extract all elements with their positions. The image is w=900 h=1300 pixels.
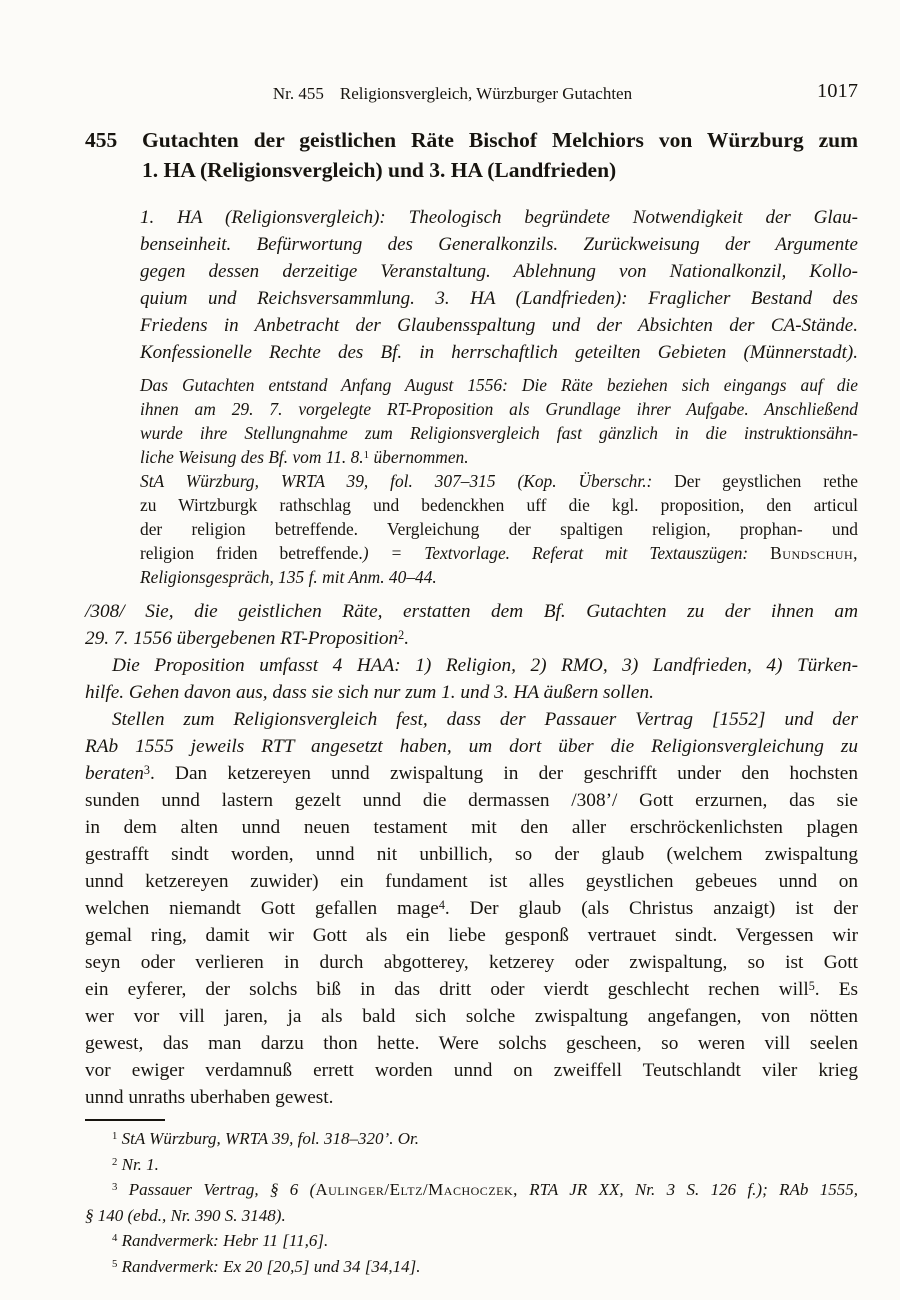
footnote: 5 Randvermerk: Ex 20 [20,5] und 34 [34,1… bbox=[85, 1254, 858, 1280]
text-segment: der religion betreffende. Vergleichung d… bbox=[140, 519, 858, 539]
text-segment: beraten bbox=[85, 763, 144, 784]
text-line: Das Gutachten entstand Anfang August 155… bbox=[140, 373, 858, 397]
text-segment: Randvermerk: Ex 20 [20,5] und 34 [34,14]… bbox=[117, 1257, 420, 1276]
text-segment: religion friden betreffende. bbox=[140, 543, 363, 563]
text-line: der religion betreffende. Vergleichung d… bbox=[140, 517, 858, 541]
superscript-marker: 5 bbox=[112, 1258, 117, 1270]
text-segment: ihnen am 29. 7. vorgelegte RT-Propositio… bbox=[140, 399, 858, 419]
superscript-marker: 1 bbox=[112, 1130, 117, 1142]
text-segment: 1. HA (Religionsvergleich) und 3. HA (La… bbox=[142, 158, 616, 182]
running-head-number: Nr. 455 bbox=[273, 84, 324, 103]
text-segment: liche Weisung des Bf. vom 11. 8. bbox=[140, 447, 364, 467]
text-line: 4 Randvermerk: Hebr 11 [11,6]. bbox=[85, 1228, 858, 1254]
text-segment: wer vor vill jaren, ja als bald sich sol… bbox=[85, 1006, 858, 1027]
page-number: 1017 bbox=[817, 80, 858, 102]
superscript-marker: 4 bbox=[439, 898, 445, 912]
superscript-marker: 2 bbox=[112, 1156, 117, 1168]
text-line: quium und Reichsversammlung. 3. HA (Land… bbox=[140, 285, 858, 312]
body-text: /308/ Sie, die geistlichen Räte, erstatt… bbox=[85, 598, 858, 1111]
text-segment: gewest, das man darzu thon hette. Were s… bbox=[85, 1033, 858, 1054]
text-line: Stellen zum Religionsvergleich fest, das… bbox=[85, 706, 858, 733]
text-line: StA Würzburg, WRTA 39, fol. 307–315 (Kop… bbox=[140, 469, 858, 493]
text-segment: Passauer Vertrag, § 6 ( bbox=[117, 1180, 315, 1199]
body-paragraph: Stellen zum Religionsvergleich fest, das… bbox=[85, 706, 858, 1111]
text-line: 1 StA Würzburg, WRTA 39, fol. 318–320’. … bbox=[85, 1126, 858, 1152]
text-line: 1. HA (Religionsvergleich): Theologisch … bbox=[140, 204, 858, 231]
text-segment: /308/ Sie, die geistlichen Räte, erstatt… bbox=[85, 601, 858, 622]
text-segment: . Der glaub (als Christus anzaigt) ist d… bbox=[445, 898, 858, 919]
superscript-marker: 1 bbox=[364, 449, 369, 461]
text-line: ihnen am 29. 7. vorgelegte RT-Propositio… bbox=[140, 397, 858, 421]
text-line: religion friden betreffende.) = Textvorl… bbox=[140, 541, 858, 565]
text-line: gewest, das man darzu thon hette. Were s… bbox=[85, 1030, 858, 1057]
text-segment: StA Würzburg, WRTA 39, fol. 318–320’. Or… bbox=[117, 1129, 419, 1148]
text-line: 5 Randvermerk: Ex 20 [20,5] und 34 [34,1… bbox=[85, 1254, 858, 1280]
text-line: benseinheit. Befürwortung des Generalkon… bbox=[140, 231, 858, 258]
text-segment: quium und Reichsversammlung. 3. HA (Land… bbox=[140, 288, 858, 309]
text-segment: § 140 (ebd., Nr. 390 S. 3148). bbox=[85, 1206, 286, 1225]
text-line: Religionsgespräch, 135 f. mit Anm. 40–44… bbox=[140, 565, 858, 589]
superscript-marker: 5 bbox=[809, 979, 815, 993]
text-segment: gestrafft sindt worden, unnd nit unbilli… bbox=[85, 844, 858, 865]
text-line: in dem alten unnd neuen testament mit de… bbox=[85, 814, 858, 841]
text-segment: unnd unraths uberhaben gewest. bbox=[85, 1087, 333, 1108]
text-line: beraten3. Dan ketzereyen unnd zwispaltun… bbox=[85, 760, 858, 787]
running-head: Nr. 455Religionsvergleich, Würzburger Gu… bbox=[85, 83, 858, 105]
text-line: Gutachten der geistlichen Räte Bischof M… bbox=[142, 125, 858, 155]
text-segment: übernommen. bbox=[369, 447, 469, 467]
superscript-marker: 2 bbox=[398, 628, 404, 642]
running-head-center: Nr. 455Religionsvergleich, Würzburger Gu… bbox=[66, 83, 839, 105]
text-line: 1. HA (Religionsvergleich) und 3. HA (La… bbox=[142, 155, 858, 185]
superscript-marker: 4 bbox=[112, 1232, 117, 1244]
text-line: RAb 1555 jeweils RTT angesetzt haben, um… bbox=[85, 733, 858, 760]
text-line: hilfe. Gehen davon aus, dass sie sich nu… bbox=[85, 679, 858, 706]
text-line: Konfessionelle Rechte des Bf. in herrsch… bbox=[140, 339, 858, 366]
text-line: wurde ihre Stellungnahme zum Religionsve… bbox=[140, 421, 858, 445]
text-line: sunden unnd lastern gezelt unnd die derm… bbox=[85, 787, 858, 814]
text-line: 2 Nr. 1. bbox=[85, 1152, 858, 1178]
text-line: 29. 7. 1556 übergebenen RT-Proposition2. bbox=[85, 625, 858, 652]
text-line: wer vor vill jaren, ja als bald sich sol… bbox=[85, 1003, 858, 1030]
text-line: seyn oder verlieren in durch abgotterey,… bbox=[85, 949, 858, 976]
text-segment: welchen niemandt Gott gefallen mage bbox=[85, 898, 439, 919]
footnote: 2 Nr. 1. bbox=[85, 1152, 858, 1178]
text-segment: unnd ketzereyen zuwider) ein fundament i… bbox=[85, 871, 858, 892]
text-segment: . Es bbox=[815, 979, 858, 1000]
text-line: welchen niemandt Gott gefallen mage4. De… bbox=[85, 895, 858, 922]
text-segment: wurde ihre Stellungnahme zum Religionsve… bbox=[140, 423, 858, 443]
text-segment: Die Proposition umfasst 4 HAA: 1) Religi… bbox=[112, 655, 858, 676]
text-segment: 1. HA (Religionsvergleich): Theologisch … bbox=[140, 207, 858, 228]
footnote-separator bbox=[85, 1119, 165, 1121]
text-line: gestrafft sindt worden, unnd nit unbilli… bbox=[85, 841, 858, 868]
text-line: /308/ Sie, die geistlichen Räte, erstatt… bbox=[85, 598, 858, 625]
running-head-title: Religionsvergleich, Würzburger Gutachten bbox=[340, 84, 632, 103]
text-segment: sunden unnd lastern gezelt unnd die derm… bbox=[85, 790, 858, 811]
text-line: § 140 (ebd., Nr. 390 S. 3148). bbox=[85, 1203, 858, 1229]
text-segment: Religionsgespräch, 135 f. mit Anm. 40–44… bbox=[140, 567, 437, 587]
document-page: Nr. 455Religionsvergleich, Würzburger Gu… bbox=[0, 0, 900, 1300]
text-segment: RAb 1555 jeweils RTT angesetzt haben, um… bbox=[85, 736, 858, 757]
text-segment: Konfessionelle Rechte des Bf. in herrsch… bbox=[140, 342, 858, 363]
text-line: unnd ketzereyen zuwider) ein fundament i… bbox=[85, 868, 858, 895]
provenance-note: Das Gutachten entstand Anfang August 155… bbox=[140, 373, 858, 589]
text-segment: seyn oder verlieren in durch abgotterey,… bbox=[85, 952, 858, 973]
body-paragraph: /308/ Sie, die geistlichen Räte, erstatt… bbox=[85, 598, 858, 652]
text-line: unnd unraths uberhaben gewest. bbox=[85, 1084, 858, 1111]
text-segment: hilfe. Gehen davon aus, dass sie sich nu… bbox=[85, 682, 654, 703]
text-segment: Randvermerk: Hebr 11 [11,6]. bbox=[117, 1231, 328, 1250]
text-segment: . bbox=[404, 628, 409, 649]
text-line: Friedens in Anbetracht der Glaubensspalt… bbox=[140, 312, 858, 339]
superscript-marker: 3 bbox=[144, 763, 150, 777]
text-segment: gegen dessen derzeitige Veranstaltung. A… bbox=[140, 261, 858, 282]
text-segment: Der geystlichen rethe bbox=[674, 471, 858, 491]
text-line: vor ewiger verdamnuß errett worden unnd … bbox=[85, 1057, 858, 1084]
text-line: gemal ring, damit wir Gott als ein liebe… bbox=[85, 922, 858, 949]
text-segment: Das Gutachten entstand Anfang August 155… bbox=[140, 375, 858, 395]
text-segment: RTA JR XX, Nr. 3 S. 126 f.); RAb 1555, bbox=[518, 1180, 858, 1199]
text-segment: 29. 7. 1556 übergebenen RT-Proposition bbox=[85, 628, 398, 649]
text-segment: vor ewiger verdamnuß errett worden unnd … bbox=[85, 1060, 858, 1081]
footnote: 1 StA Würzburg, WRTA 39, fol. 318–320’. … bbox=[85, 1126, 858, 1152]
text-line: zu Wirtzburgk rathschlag und bedenckhen … bbox=[140, 493, 858, 517]
text-segment: Bundschuh, bbox=[770, 543, 858, 563]
text-segment: zu Wirtzburgk rathschlag und bedenckhen … bbox=[140, 495, 858, 515]
footnotes: 1 StA Würzburg, WRTA 39, fol. 318–320’. … bbox=[85, 1126, 858, 1279]
text-line: liche Weisung des Bf. vom 11. 8.1 überno… bbox=[140, 445, 858, 469]
text-segment: Stellen zum Religionsvergleich fest, das… bbox=[112, 709, 858, 730]
text-line: Die Proposition umfasst 4 HAA: 1) Religi… bbox=[85, 652, 858, 679]
text-segment: Aulinger/Eltz/Machoczek, bbox=[315, 1180, 518, 1199]
text-line: 3 Passauer Vertrag, § 6 (Aulinger/Eltz/M… bbox=[85, 1177, 858, 1203]
text-line: ein eyferer, der solchs biß in das dritt… bbox=[85, 976, 858, 1003]
footnote: 4 Randvermerk: Hebr 11 [11,6]. bbox=[85, 1228, 858, 1254]
entry-number: 455 bbox=[85, 125, 117, 155]
text-segment: ) = Textvorlage. Referat mit Textauszüge… bbox=[363, 543, 770, 563]
summary-abstract: 1. HA (Religionsvergleich): Theologisch … bbox=[140, 204, 858, 366]
text-segment: Friedens in Anbetracht der Glaubensspalt… bbox=[140, 315, 858, 336]
text-segment: StA Würzburg, WRTA 39, fol. 307–315 (Kop… bbox=[140, 471, 674, 491]
text-segment: gemal ring, damit wir Gott als ein liebe… bbox=[85, 925, 858, 946]
text-segment: Gutachten der geistlichen Räte Bischof M… bbox=[142, 128, 858, 152]
entry-heading: 455 Gutachten der geistlichen Räte Bisch… bbox=[85, 125, 858, 185]
body-paragraph: Die Proposition umfasst 4 HAA: 1) Religi… bbox=[85, 652, 858, 706]
footnote: 3 Passauer Vertrag, § 6 (Aulinger/Eltz/M… bbox=[85, 1177, 858, 1228]
text-segment: . Dan ketzereyen unnd zwispaltung in der… bbox=[150, 763, 858, 784]
entry-title: Gutachten der geistlichen Räte Bischof M… bbox=[85, 125, 858, 185]
superscript-marker: 3 bbox=[112, 1181, 117, 1193]
text-segment: Nr. 1. bbox=[117, 1155, 159, 1174]
text-segment: benseinheit. Befürwortung des Generalkon… bbox=[140, 234, 858, 255]
text-line: gegen dessen derzeitige Veranstaltung. A… bbox=[140, 258, 858, 285]
text-segment: ein eyferer, der solchs biß in das dritt… bbox=[85, 979, 809, 1000]
text-segment: in dem alten unnd neuen testament mit de… bbox=[85, 817, 858, 838]
